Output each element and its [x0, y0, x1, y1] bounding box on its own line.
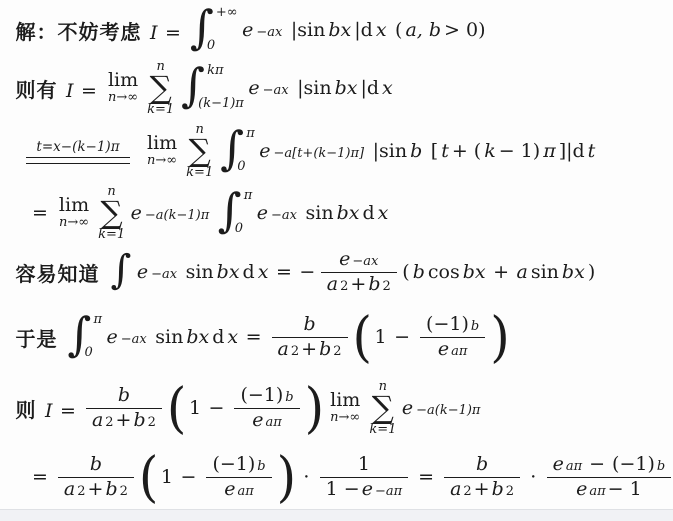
- fraction: e aπ − (−1) b e aπ − 1: [547, 453, 672, 502]
- denominator: e aπ: [206, 477, 271, 502]
- math-token: b: [410, 140, 422, 162]
- integral: ∫ π 0: [218, 189, 253, 237]
- sigma-glyph: ∑: [189, 137, 211, 166]
- denominator: a 2 + b 2: [444, 477, 520, 502]
- exponent: −ax: [352, 254, 378, 270]
- times-dot-run: ⋅: [524, 466, 543, 488]
- math-token: e: [137, 261, 148, 283]
- math-token: +: [474, 478, 490, 502]
- exponent: 2: [105, 415, 113, 431]
- lim-text: lim: [108, 71, 138, 91]
- math-token: a, b: [405, 19, 441, 41]
- summation: n ∑ k=1: [186, 123, 213, 180]
- math-token: x: [378, 202, 389, 224]
- math-token: > 0): [444, 19, 485, 41]
- exponent: −ax: [151, 267, 177, 282]
- integral-glyph: ∫: [190, 7, 214, 48]
- denominator: e aπ: [234, 408, 299, 433]
- fraction: b a 2 + b 2: [58, 453, 134, 502]
- math-token: e: [257, 202, 268, 224]
- line6-prefix-run: 于是: [14, 323, 65, 352]
- math-token: e: [259, 140, 270, 162]
- math-token: ]|d: [559, 140, 585, 162]
- math-token: sin: [531, 261, 559, 283]
- math-token: +: [350, 273, 366, 297]
- math-token: e: [339, 248, 350, 272]
- math-line-2: 则有 I = lim n→∞ n ∑ k=1 ∫ kπ (k−1)π e −ax…: [14, 59, 394, 117]
- exponent: −ax: [263, 83, 289, 98]
- paren-content: 1 −: [159, 466, 202, 488]
- right-paren-big: ): [277, 455, 297, 498]
- denominator: a 2 + b 2: [272, 337, 348, 362]
- math-token: e: [107, 326, 118, 348]
- exponent: 2: [120, 484, 128, 500]
- summation: n ∑ k=1: [147, 60, 174, 117]
- exponent: aπ: [266, 415, 282, 431]
- equals-sign: =: [246, 326, 262, 348]
- math-token: b: [90, 453, 102, 477]
- math-token: a: [517, 261, 528, 283]
- math-token: bx: [335, 77, 358, 99]
- math-token: |sin: [373, 140, 407, 162]
- math-token: x: [258, 261, 269, 283]
- integral-upper-limit: +∞: [216, 5, 238, 20]
- lim-subscript: n→∞: [59, 216, 89, 230]
- right-paren-big: ): [490, 315, 510, 358]
- paren-content: 1 −: [187, 397, 230, 419]
- math-token: b: [368, 273, 380, 297]
- math-line-4: = lim n→∞ n ∑ k=1 e −a(k−1)π ∫ π 0 e −ax…: [26, 183, 390, 243]
- math-token: a: [92, 409, 103, 433]
- math-solution-document: 解：不妨考虑 I = ∫ +∞ 0 e −ax |sin bx |d x ( a…: [0, 0, 673, 521]
- denominator: a 2 + b 2: [321, 272, 397, 297]
- equals-sign: =: [81, 80, 97, 102]
- numerator: b: [272, 313, 348, 337]
- line5-prefix: 容易知道: [16, 258, 100, 287]
- sigma-glyph: ∑: [101, 199, 123, 228]
- line7-lhs: 则 I =: [14, 394, 82, 423]
- sum-lower: k=1: [147, 103, 174, 116]
- numerator: 1: [320, 453, 409, 477]
- cdot-sign: ⋅: [303, 466, 310, 488]
- left-paren-big: (: [353, 315, 373, 358]
- numerator: (−1) b: [234, 384, 299, 408]
- exponent: aπ: [451, 344, 467, 360]
- math-line-8: = b a 2 + b 2 ( 1 − (−1) b e: [26, 441, 673, 513]
- sigma-glyph: ∑: [150, 74, 172, 103]
- exponent: 2: [463, 484, 471, 500]
- sum-lower: k=1: [369, 423, 396, 436]
- minus-sign: −: [394, 326, 410, 348]
- fraction: b a 2 + b 2: [272, 313, 348, 362]
- left-paren-big: (: [139, 455, 159, 498]
- lim-subscript: n→∞: [147, 154, 177, 168]
- equals-sign: =: [418, 466, 434, 488]
- integral: ∫ +∞ 0: [190, 6, 238, 54]
- math-token: − 1: [608, 478, 642, 502]
- math-token: e: [242, 19, 253, 41]
- line2-lhs: 则有 I =: [14, 74, 103, 103]
- math-token: (−1): [212, 453, 255, 477]
- math-token: t: [588, 140, 596, 162]
- math-token: |d: [360, 77, 379, 99]
- math-token: |d: [354, 19, 373, 41]
- math-line-5: 容易知道 ∫ e −ax sin bx d x = − e −ax a 2 + …: [14, 244, 597, 300]
- math-token: e: [438, 338, 449, 362]
- math-line-7: 则 I = b a 2 + b 2 ( 1 − (−1) b: [14, 372, 482, 444]
- math-token: b: [303, 313, 315, 337]
- math-token: b: [492, 478, 504, 502]
- math-token: 1: [189, 397, 201, 419]
- math-token: bx: [463, 261, 486, 283]
- math-token: e: [553, 453, 564, 477]
- minus-sign: −: [299, 261, 315, 283]
- math-token: e: [248, 77, 259, 99]
- cdot-sign: ⋅: [530, 466, 537, 488]
- exponent: 2: [291, 344, 299, 360]
- math-token: (: [402, 261, 409, 283]
- line4-lhs: =: [26, 202, 54, 224]
- math-token: bx: [217, 261, 240, 283]
- double-rule: [26, 157, 130, 164]
- substitution-label: t=x−(k−1)π: [36, 139, 119, 155]
- integral-limits: π 0: [242, 189, 253, 237]
- fraction: (−1) b e aπ: [420, 313, 485, 362]
- line1-lhs: 解：不妨考虑 I =: [14, 16, 187, 45]
- line4-coefficient: e −a(k−1)π: [129, 202, 211, 224]
- math-token: +: [301, 338, 317, 362]
- exponent: b: [471, 319, 479, 335]
- limit-operator: lim n→∞: [330, 391, 360, 425]
- math-token: bx: [337, 202, 360, 224]
- math-token: − 1): [499, 140, 540, 162]
- math-token: cos: [428, 261, 460, 283]
- exponent: b: [257, 459, 265, 475]
- math-token: +: [116, 409, 132, 433]
- math-token: sin: [155, 326, 183, 348]
- math-line-1: 解：不妨考虑 I = ∫ +∞ 0 e −ax |sin bx |d x ( a…: [14, 3, 487, 57]
- numerator: (−1) b: [420, 313, 485, 337]
- fraction: e −ax a 2 + b 2: [321, 248, 397, 297]
- numerator: e −ax: [321, 248, 397, 272]
- right-paren-big: ): [305, 386, 325, 429]
- math-token: e: [402, 397, 413, 419]
- denominator: e aπ: [420, 337, 485, 362]
- math-token: I: [66, 80, 74, 102]
- math-token: b: [319, 338, 331, 362]
- math-token: bx: [328, 19, 351, 41]
- math-token: 1: [358, 453, 370, 477]
- fraction: 1 1 − e −aπ: [320, 453, 409, 502]
- math-token: (−1): [612, 453, 655, 477]
- integral-upper-limit: π: [246, 126, 255, 141]
- line5-integrand: e −ax sin bx d x = −: [135, 261, 316, 283]
- fraction: b a 2 + b 2: [86, 384, 162, 433]
- math-token: k: [484, 140, 496, 162]
- exponent: b: [285, 390, 293, 406]
- math-token: d: [362, 202, 374, 224]
- math-token: |sin: [297, 77, 331, 99]
- line2-prefix: 则有: [16, 74, 58, 103]
- integral-upper-limit: π: [93, 312, 102, 327]
- math-token: a: [64, 478, 75, 502]
- math-token: a: [327, 273, 338, 297]
- line8-lhs: =: [26, 466, 54, 488]
- substitution-equals: t=x−(k−1)π: [26, 139, 130, 164]
- integral-limits: π 0: [91, 313, 102, 361]
- math-token: 1: [375, 326, 387, 348]
- equals-sign: =: [60, 400, 76, 422]
- lim-text: lim: [59, 196, 89, 216]
- math-token: [: [431, 140, 438, 162]
- exponent: 2: [77, 484, 85, 500]
- exponent: 2: [148, 415, 156, 431]
- left-paren-big: (: [167, 386, 187, 429]
- integral-limits: +∞ 0: [214, 6, 238, 54]
- math-token: 1 −: [326, 478, 360, 502]
- integral-glyph: ∫: [220, 128, 244, 169]
- line5-prefix-run: 容易知道: [14, 258, 107, 287]
- integral-glyph: ∫: [68, 314, 92, 355]
- math-token: 1: [161, 466, 173, 488]
- sum-lower: k=1: [98, 228, 125, 241]
- exponent: −ax: [256, 25, 282, 40]
- integral-upper-limit: π: [244, 188, 253, 203]
- line6-prefix: 于是: [16, 323, 58, 352]
- math-token: (−1): [426, 313, 469, 337]
- limit-operator: lim n→∞: [108, 71, 138, 105]
- math-token: a: [450, 478, 461, 502]
- equals-sign: =: [32, 466, 48, 488]
- math-token: e: [576, 478, 587, 502]
- math-token: e: [131, 202, 142, 224]
- bottom-strip: [0, 509, 673, 521]
- summation: n ∑ k=1: [369, 380, 396, 437]
- exponent: aπ: [238, 484, 254, 500]
- integral: ∫ π 0: [220, 127, 255, 175]
- exponent: −ax: [271, 208, 297, 223]
- summation: n ∑ k=1: [98, 185, 125, 242]
- math-token: x: [382, 77, 393, 99]
- exponent: −a(k−1)π: [416, 403, 480, 418]
- math-line-3: t=x−(k−1)π lim n→∞ n ∑ k=1 ∫ π 0 e −a[t+…: [26, 120, 597, 182]
- line6-integrand: e −ax sin bx d x =: [105, 326, 268, 348]
- integral: ∫ kπ (k−1)π: [181, 64, 244, 112]
- integral-limits: π 0: [244, 127, 255, 175]
- fraction: (−1) b e aπ: [206, 453, 271, 502]
- exponent: −a(k−1)π: [145, 208, 209, 223]
- math-token: +: [493, 261, 509, 283]
- line3-integrand: e −a[t+(k−1)π] |sin b [ t + ( k − 1) π ]…: [258, 140, 597, 162]
- numerator: b: [58, 453, 134, 477]
- integral-limits: kπ (k−1)π: [205, 64, 244, 112]
- integral-upper-limit: kπ: [207, 63, 244, 78]
- paren-content: 1 −: [373, 326, 416, 348]
- numerator: b: [444, 453, 520, 477]
- line1-prefix: 解：不妨考虑: [16, 16, 142, 45]
- times-dot-run: ⋅: [297, 466, 316, 488]
- math-token: bx: [562, 261, 585, 283]
- denominator: a 2 + b 2: [58, 477, 134, 502]
- math-token: + (: [452, 140, 481, 162]
- math-token: |sin: [291, 19, 325, 41]
- limit-operator: lim n→∞: [59, 196, 89, 230]
- exponent: 2: [340, 279, 348, 295]
- math-token: sin: [186, 261, 214, 283]
- integral-glyph: ∫: [218, 190, 242, 231]
- equals-sign: =: [32, 202, 48, 224]
- line7-prefix: 则: [16, 394, 37, 423]
- fraction: b a 2 + b 2: [444, 453, 520, 502]
- math-token: (−1): [240, 384, 283, 408]
- lim-subscript: n→∞: [330, 411, 360, 425]
- exponent: 2: [333, 344, 341, 360]
- math-token: a: [278, 338, 289, 362]
- math-token: (: [395, 19, 402, 41]
- math-token: I: [45, 400, 53, 422]
- math-token: e: [362, 478, 373, 502]
- math-token: d: [243, 261, 255, 283]
- exponent: −aπ: [375, 484, 402, 500]
- denominator: e aπ − 1: [547, 477, 672, 502]
- math-token: x: [376, 19, 387, 41]
- math-token: I: [150, 22, 158, 44]
- line1-integrand: e −ax |sin bx |d x ( a, b > 0): [241, 19, 487, 41]
- math-token: b: [118, 384, 130, 408]
- exponent: 2: [506, 484, 514, 500]
- exponent: aπ: [566, 459, 582, 475]
- denominator: 1 − e −aπ: [320, 477, 409, 502]
- math-token: b: [476, 453, 488, 477]
- math-token: t: [441, 140, 449, 162]
- equals-sign: =: [165, 22, 181, 44]
- numerator: e aπ − (−1) b: [547, 453, 672, 477]
- denominator: a 2 + b 2: [86, 408, 162, 433]
- numerator: (−1) b: [206, 453, 271, 477]
- integral: ∫ π 0: [68, 313, 103, 361]
- lim-subscript: n→∞: [108, 91, 138, 105]
- math-token: e: [252, 409, 263, 433]
- math-token: +: [88, 478, 104, 502]
- limit-operator: lim n→∞: [147, 134, 177, 168]
- math-token: x: [227, 326, 238, 348]
- math-token: b: [105, 478, 117, 502]
- sigma-glyph: ∑: [372, 394, 394, 423]
- lim-text: lim: [147, 134, 177, 154]
- fraction: (−1) b e aπ: [234, 384, 299, 433]
- math-token: ): [588, 261, 595, 283]
- math-token: sin: [306, 202, 334, 224]
- line8-mid: =: [412, 466, 440, 488]
- math-line-6: 于是 ∫ π 0 e −ax sin bx d x = b a 2 +: [14, 301, 511, 373]
- exponent: −ax: [121, 332, 147, 347]
- math-token: b: [413, 261, 425, 283]
- line7-tail: e −a(k−1)π: [400, 397, 482, 419]
- minus-sign: −: [589, 453, 605, 477]
- line4-integrand: e −ax sin bx d x: [255, 202, 390, 224]
- equals-sign: =: [276, 261, 292, 283]
- math-token: e: [224, 478, 235, 502]
- minus-sign: −: [181, 466, 197, 488]
- numerator: b: [86, 384, 162, 408]
- exponent: aπ: [589, 484, 605, 500]
- math-token: π: [543, 140, 556, 162]
- math-token: bx: [186, 326, 209, 348]
- math-token: d: [212, 326, 224, 348]
- lim-text: lim: [330, 391, 360, 411]
- exponent: b: [657, 459, 665, 475]
- exponent: 2: [382, 279, 390, 295]
- line2-integrand: e −ax |sin bx |d x: [247, 77, 394, 99]
- math-token: b: [133, 409, 145, 433]
- integral-glyph: ∫: [181, 65, 205, 106]
- minus-sign: −: [209, 397, 225, 419]
- line5-tail: ( b cos bx + a sin bx ): [401, 261, 597, 283]
- integral-glyph: ∫: [111, 252, 132, 288]
- exponent: −a[t+(k−1)π]: [273, 146, 364, 161]
- sum-lower: k=1: [186, 166, 213, 179]
